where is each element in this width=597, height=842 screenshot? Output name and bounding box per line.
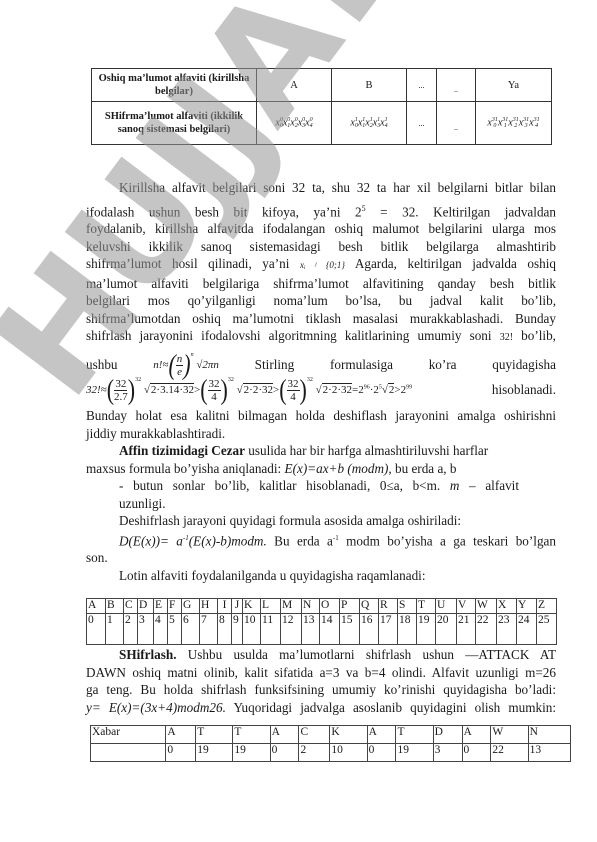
message-letter-cell: A <box>462 726 491 744</box>
message-number-cell: 22 <box>491 744 528 762</box>
paren-right: ) <box>221 376 228 405</box>
numerator: 32 <box>287 378 300 391</box>
cell: ... <box>407 69 437 102</box>
number-cell: 15 <box>340 614 360 645</box>
text: Agarda, keltirilgan jadvalda oshiq <box>355 256 556 271</box>
number-cell: 4 <box>154 614 168 645</box>
cell: .. <box>437 69 476 102</box>
text-line: shifrma’lumot hosil qilinadi, ya’ni xᵢ ʲ… <box>86 255 556 275</box>
text: ko’ra <box>429 357 457 373</box>
table-row: 019190210019302213 <box>91 744 571 762</box>
number-cell: 23 <box>497 614 517 645</box>
number-cell: 18 <box>398 614 417 645</box>
number-cell: 8 <box>218 614 232 645</box>
letter-cell: Y <box>517 599 537 614</box>
number-cell: 7 <box>200 614 218 645</box>
alphabet-mapping-table: Oshiq ma’lumot alfaviti (kirillsha belgi… <box>91 68 552 145</box>
text: ifodalash ushun besh bit kifoya, ya’ni 2 <box>86 204 362 219</box>
text: bo’lib, <box>513 328 556 343</box>
exponent: 99 <box>406 384 412 390</box>
message-letter-cell: A <box>166 726 196 744</box>
sqrt: √2πn <box>196 359 219 371</box>
calc-line: 32!≈(322.7)32 √2·3.14·32>(324)32 √2·2·32… <box>86 377 556 403</box>
letter-cell: O <box>320 599 340 614</box>
letter-cell: A <box>87 599 106 614</box>
text-line: ma’lumot alfaviti belgilariga shifrma’lu… <box>86 275 556 293</box>
text-line: jiddiy murakkablashtiradi. <box>86 425 556 443</box>
letter-cell: P <box>340 599 360 614</box>
text-line: Affin tizimidagi Cezar usulida har bir h… <box>86 442 522 460</box>
message-table: Xabar ATTACKATDAWN 019190210019302213 <box>90 725 571 762</box>
denominator: 4 <box>290 391 296 403</box>
number-cell: 25 <box>537 614 557 645</box>
text: ·2 <box>370 384 379 396</box>
bit-variable: x02 <box>290 117 297 129</box>
table-row: 0123456789101112131415161718192021222324… <box>87 614 557 645</box>
paragraph-intro: Kirillsha alfavit belgilari soni 32 ta, … <box>86 179 556 347</box>
denominator: 2.7 <box>114 391 128 403</box>
paren-right: ) <box>183 351 190 380</box>
paren-left: ( <box>168 351 175 380</box>
row-header <box>91 744 166 762</box>
numerator: 32 <box>114 378 127 391</box>
exponent: 32 <box>228 377 234 383</box>
paragraph-encryption: SHifrlash. Ushbu usulda ma’lumotlarni sh… <box>86 646 556 716</box>
bold-term: SHifrlash. <box>119 647 177 662</box>
numerator: 32 <box>208 378 221 391</box>
table-row: SHifrma’lumot alfaviti (ikkilik sanoq si… <box>92 102 552 145</box>
cell: B <box>332 69 407 102</box>
row-header: Xabar <box>91 726 166 744</box>
bit-variable: x310 <box>487 117 497 129</box>
letter-cell: R <box>379 599 398 614</box>
text: Ushbu usulda ma’lumotlarni shifrlash ush… <box>177 647 556 662</box>
letter-cell: V <box>457 599 476 614</box>
message-number-cell: 0 <box>462 744 491 762</box>
text-line: Bunday holat esa kalitni bilmagan holda … <box>86 407 556 425</box>
number-cell: 21 <box>457 614 476 645</box>
letter-cell: X <box>497 599 517 614</box>
number-cell: 11 <box>261 614 281 645</box>
cell: x10x11x12x13x14 <box>332 102 407 145</box>
text-line: Deshifrlash jarayoni quyidagi formula as… <box>119 512 556 530</box>
text-line: keluvshi ikkilik sanoq sistemasidagi bes… <box>86 238 556 256</box>
row-header-ciphertext: SHifrma’lumot alfaviti (ikkilik sanoq si… <box>92 102 257 145</box>
paren-right: ) <box>128 376 135 405</box>
bit-variable: x00 <box>275 117 282 129</box>
number-cell: 16 <box>360 614 379 645</box>
bit-variable: x314 <box>529 117 539 129</box>
stirling-formula: n!≈(ne)n √2πn <box>153 352 219 378</box>
row-header-plaintext: Oshiq ma’lumot alfaviti (kirillsha belgi… <box>92 69 257 102</box>
number-cell: 24 <box>517 614 537 645</box>
text: Yuqoridagi jadvalga asoslanib quyidagini… <box>226 700 556 715</box>
letter-cell: H <box>200 599 218 614</box>
text-line: SHifrlash. Ushbu usulda ma’lumotlarni sh… <box>86 646 556 664</box>
number-cell: 3 <box>138 614 154 645</box>
ellipsis: .. <box>454 113 458 132</box>
message-letter-cell: N <box>528 726 570 744</box>
number-cell: 12 <box>281 614 302 645</box>
message-letter-cell: T <box>396 726 433 744</box>
formula-lhs: n!≈ <box>153 359 168 371</box>
letter-cell: Q <box>360 599 379 614</box>
factorial-estimate: 32!≈(322.7)32 √2·3.14·32>(324)32 √2·2·32… <box>86 377 412 403</box>
text: Bu erda a <box>267 533 333 548</box>
message-letter-cell: C <box>299 726 330 744</box>
message-letter-cell: W <box>491 726 528 744</box>
bit-variable: x04 <box>305 117 312 129</box>
text: = 32. Keltirilgan jadvaldan <box>366 204 556 219</box>
letter-cell: S <box>398 599 417 614</box>
number-cell: 17 <box>379 614 398 645</box>
number-cell: 5 <box>168 614 182 645</box>
message-number-cell: 13 <box>528 744 570 762</box>
letter-cell: N <box>302 599 320 614</box>
sqrt: 2·3.14·32 <box>150 383 194 396</box>
message-number-cell: 3 <box>433 744 462 762</box>
exponent: 32 <box>135 377 141 383</box>
cell: .. <box>437 102 476 145</box>
document-page: Oshiq ma’lumot alfaviti (kirillsha belgi… <box>0 0 597 842</box>
text-line: son. <box>86 549 556 567</box>
letter-cell: T <box>417 599 436 614</box>
letter-cell: L <box>261 599 281 614</box>
paren-left: ( <box>279 376 286 405</box>
bit-sequence: x10x11x12x13x14 <box>350 117 387 128</box>
text: , bu erda a, b <box>388 461 456 476</box>
cell: Ya <box>476 69 552 102</box>
text: =2 <box>352 384 364 396</box>
bit-variable: x311 <box>498 117 508 129</box>
letter-cell: K <box>243 599 261 614</box>
fraction: 324 <box>287 378 300 403</box>
bit-sequence: x310x311x312x313x314 <box>487 117 539 128</box>
number-cell: 14 <box>320 614 340 645</box>
text-line: ga teng. Bu holda shifrlash funksifsinin… <box>86 681 556 699</box>
bold-term: Affin tizimidagi Cezar <box>119 443 245 458</box>
text: quyidagisha <box>492 357 556 373</box>
paren-left: ( <box>107 376 114 405</box>
text: modm bo’yisha a ga teskari bo’lgan <box>339 533 556 548</box>
text-line: ifodalash ushun besh bit kifoya, ya’ni 2… <box>86 200 556 221</box>
letter-cell: Z <box>537 599 557 614</box>
ellipsis: .. <box>454 75 458 94</box>
message-letter-cell: A <box>367 726 396 744</box>
cell: x310x311x312x313x314 <box>476 102 552 145</box>
letter-cell: J <box>232 599 243 614</box>
letter-cell: F <box>168 599 182 614</box>
paren-left: ( <box>200 376 207 405</box>
number-cell: 20 <box>436 614 457 645</box>
number-cell: 9 <box>232 614 243 645</box>
letter-cell: I <box>218 599 232 614</box>
message-number-cell: 10 <box>330 744 367 762</box>
text: >2 <box>394 384 406 396</box>
letter-cell: M <box>281 599 302 614</box>
letter-cell: D <box>138 599 154 614</box>
bit-variable: x14 <box>380 117 387 129</box>
text-line: belgilari mos qo’yilganligi noma’lum bo’… <box>86 292 556 310</box>
number-cell: 2 <box>124 614 138 645</box>
text: Stirling <box>255 357 295 373</box>
formula: (E(x)-b)modm. <box>189 533 267 548</box>
paren-right: ) <box>300 376 307 405</box>
text: hisoblanadi. <box>492 382 556 398</box>
message-number-cell: 2 <box>299 744 330 762</box>
cell: x00x01x02x03x04 <box>257 102 332 145</box>
fraction: ne <box>176 353 184 378</box>
message-number-cell: 19 <box>233 744 270 762</box>
latin-alphabet-table: ABCDEFGHIJKLMNOPQRSTUVWXYZ 0123456789101… <box>86 598 557 645</box>
number-cell: 0 <box>87 614 106 645</box>
message-letter-cell: T <box>196 726 233 744</box>
message-letter-cell: D <box>433 726 462 744</box>
number-cell: 13 <box>302 614 320 645</box>
math-inline: 32! <box>500 332 513 343</box>
letter-cell: G <box>182 599 200 614</box>
bit-variable: x312 <box>508 117 518 129</box>
exponent: n <box>191 352 194 358</box>
message-number-cell: 0 <box>367 744 396 762</box>
message-letter-cell: K <box>330 726 367 744</box>
exponent: 32 <box>307 377 313 383</box>
table-row: ABCDEFGHIJKLMNOPQRSTUVWXYZ <box>87 599 557 614</box>
bit-variable: x10 <box>350 117 357 129</box>
fraction: 322.7 <box>114 378 128 403</box>
text: shifrlash jarayonini ifodalovshi algorit… <box>86 328 500 343</box>
text-line: - butun sonlar bo’lib, kalitlar hisoblan… <box>119 477 519 495</box>
stirling-line: ushbu n!≈(ne)n √2πn Stirling formulasiga… <box>86 352 556 378</box>
letter-cell: E <box>154 599 168 614</box>
formula: D(E(x))= a <box>119 533 183 548</box>
formula: E(x)=ax+b (modm) <box>285 461 389 476</box>
text: usulida har bir harfga almashtiriluvshi … <box>245 443 488 458</box>
number-cell: 19 <box>417 614 436 645</box>
text: formulasiga <box>330 357 393 373</box>
cell: A <box>257 69 332 102</box>
number-cell: 1 <box>106 614 124 645</box>
letter-cell: C <box>124 599 138 614</box>
number-cell: 10 <box>243 614 261 645</box>
message-letter-cell: T <box>233 726 270 744</box>
fraction: 324 <box>208 378 221 403</box>
text-line: uzunligi. <box>119 495 556 513</box>
letter-cell: U <box>436 599 457 614</box>
text-line: y= E(x)=(3x+4)modm26. Yuqoridagi jadvalg… <box>86 699 556 717</box>
text: – alfavit <box>459 478 519 493</box>
text-line: shifrma’lumotdan oshiq ma’lumotni tiklas… <box>86 310 556 328</box>
sqrt: 2·2·32 <box>243 383 273 396</box>
exponent: 5 <box>379 384 382 390</box>
table-row: Oshiq ma’lumot alfaviti (kirillsha belgi… <box>92 69 552 102</box>
message-number-cell: 0 <box>270 744 299 762</box>
formula-lhs: 32!≈ <box>86 384 107 396</box>
text-line: shifrlash jarayonini ifodalovshi algorit… <box>86 327 556 347</box>
math-var: m <box>450 478 460 493</box>
message-number-cell: 19 <box>396 744 433 762</box>
text-line: D(E(x))= a-1(E(x)-b)modm. Bu erda a-1 mo… <box>119 530 556 550</box>
numerator: n <box>176 353 184 366</box>
message-number-cell: 19 <box>196 744 233 762</box>
sqrt: 2·2·32 <box>322 383 352 396</box>
bit-variable: x12 <box>365 117 372 129</box>
message-letter-cell: A <box>270 726 299 744</box>
paragraph-affine: Bunday holat esa kalitni bilmagan holda … <box>86 407 556 584</box>
bit-sequence: x00x01x02x03x04 <box>275 117 312 128</box>
text: maxsus formula bo’yisha aniqlanadi: <box>86 461 285 476</box>
table-row: Xabar ATTACKATDAWN <box>91 726 571 744</box>
text-line: foydalanib, kirillsha alfavitda ifodalan… <box>86 220 556 238</box>
letter-cell: B <box>106 599 124 614</box>
denominator: 4 <box>211 391 217 403</box>
text: ushbu <box>86 357 118 373</box>
letter-cell: W <box>476 599 497 614</box>
text: - butun sonlar bo’lib, kalitlar hisoblan… <box>119 478 450 493</box>
cell: ... <box>407 102 437 145</box>
number-cell: 22 <box>476 614 497 645</box>
text-line: Kirillsha alfavit belgilari soni 32 ta, … <box>86 179 556 197</box>
formula: y= E(x)=(3x+4)modm26. <box>86 700 226 715</box>
number-cell: 6 <box>182 614 200 645</box>
message-number-cell: 0 <box>166 744 196 762</box>
text: shifrma’lumot hosil qilinadi, ya’ni <box>86 256 300 271</box>
text-line: Lotin alfaviti foydalanilganda u quyidag… <box>119 567 556 585</box>
text-line: maxsus formula bo’yisha aniqlanadi: E(x)… <box>86 460 556 478</box>
bit-variable: x313 <box>519 117 529 129</box>
text-line: DAWN oshiq matni olinib, kalit sifatida … <box>86 664 556 682</box>
math-inline: xᵢ ʲ {0;1} <box>300 260 345 270</box>
